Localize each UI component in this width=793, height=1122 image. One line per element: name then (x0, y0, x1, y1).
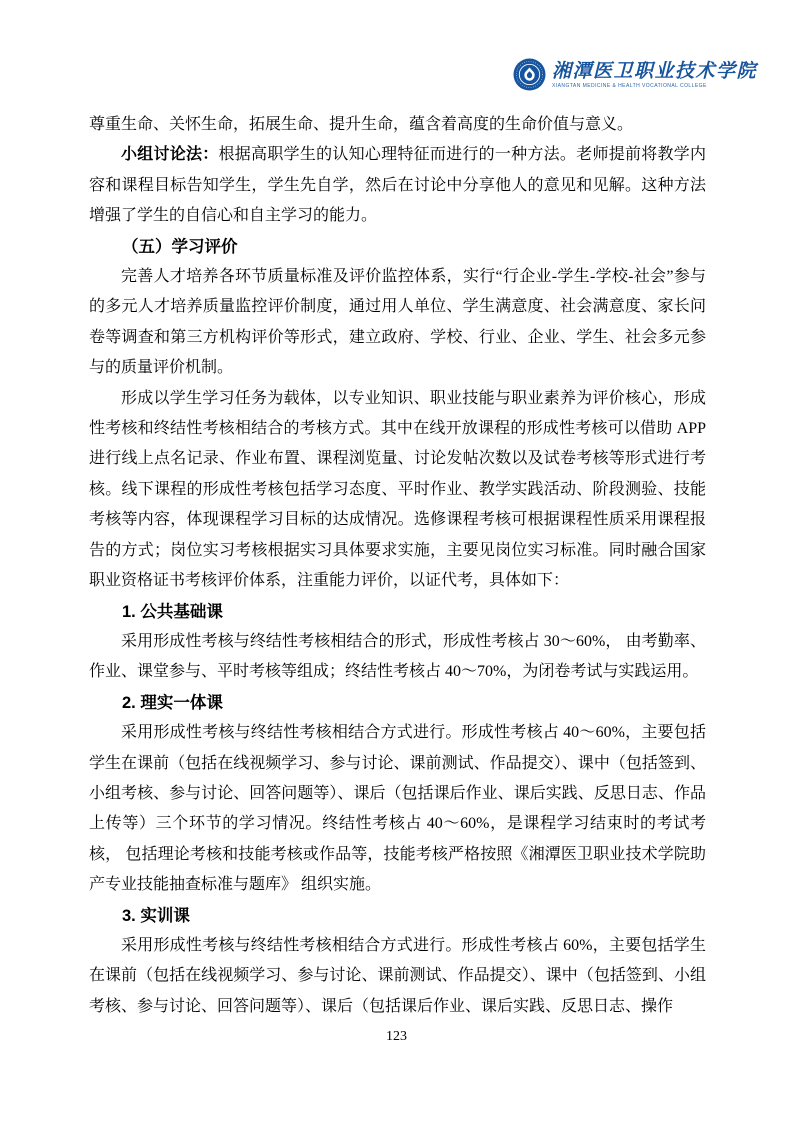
document-body: 尊重生命、关怀生命，拓展生命、提升生命，蕴含着高度的生命价值与意义。 小组讨论法… (89, 110, 706, 1022)
body-paragraph: 尊重生命、关怀生命，拓展生命、提升生命，蕴含着高度的生命价值与意义。 (89, 110, 706, 140)
document-page: 湘潭医卫职业技术学院 XIANGTAN MEDICINE & HEALTH VO… (0, 0, 793, 1122)
body-paragraph: 形成以学生学习任务为载体，以专业知识、职业技能与职业素养为评价核心，形成性考核和… (89, 384, 706, 597)
page-number: 123 (0, 1029, 793, 1045)
school-name-en: XIANGTAN MEDICINE & HEALTH VOCATIONAL CO… (552, 83, 757, 89)
subsection-heading-public-basic-course: 1. 公共基础课 (89, 597, 706, 627)
body-paragraph: 采用形成性考核与终结性考核相结合方式进行。形成性考核占 60%，主要包括学生在课… (89, 931, 706, 1022)
school-logo: 湘潭医卫职业技术学院 XIANGTAN MEDICINE & HEALTH VO… (513, 58, 757, 91)
body-paragraph: 小组讨论法：根据高职学生的认知心理特征而进行的一种方法。老师提前将教学内容和课程… (89, 140, 706, 231)
body-paragraph: 采用形成性考核与终结性考核相结合的形式，形成性考核占 30～60%， 由考勤率、… (89, 627, 706, 688)
body-paragraph: 完善人才培养各环节质量标准及评价监控体系，实行“行企业-学生-学校-社会”参与的… (89, 262, 706, 384)
subsection-heading-theory-practice-course: 2. 理实一体课 (89, 688, 706, 718)
section-heading-learning-evaluation: （五）学习评价 (89, 232, 706, 262)
subsection-heading-practical-training-course: 3. 实训课 (89, 901, 706, 931)
body-paragraph: 采用形成性考核与终结性考核相结合方式进行。形成性考核占 40～60%，主要包括学… (89, 718, 706, 900)
school-name-cn: 湘潭医卫职业技术学院 (552, 61, 757, 82)
school-emblem-icon (513, 58, 546, 91)
school-name: 湘潭医卫职业技术学院 XIANGTAN MEDICINE & HEALTH VO… (552, 61, 757, 89)
paragraph-lead-term: 小组讨论法： (121, 146, 219, 163)
